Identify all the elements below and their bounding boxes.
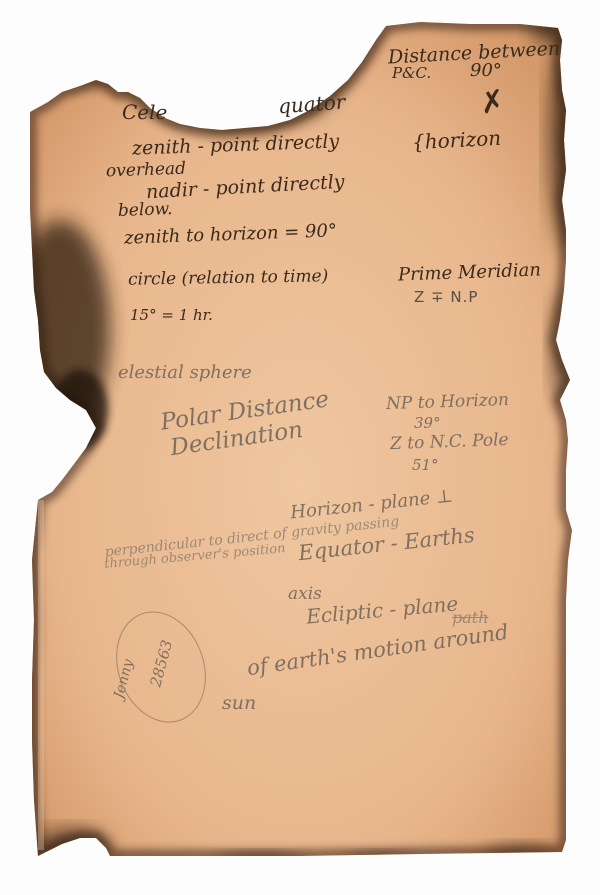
note-90-degrees-top: 90°: [470, 62, 502, 80]
note-overhead: overhead: [106, 161, 187, 181]
note-sun: sun: [222, 694, 256, 713]
heading-celestial-equator-left: Cele: [122, 102, 167, 122]
note-np-to-horizon: NP to Horizon: [386, 392, 509, 413]
note-celestial-sphere: elestial sphere: [118, 364, 252, 382]
stamp-z-np: Z ∓ N.P: [414, 288, 478, 306]
heading-celestial-equator-right: quator: [277, 92, 345, 117]
note-z-to-nc-pole: Z to N.C. Pole: [390, 432, 509, 453]
note-below: below.: [118, 201, 173, 220]
note-axis: axis: [288, 586, 322, 603]
note-p-and-c: P&C.: [392, 66, 431, 81]
note-z-value-51: 51°: [412, 458, 439, 473]
document-page: Distance between P&C. 90° ✗ Cele quator …: [0, 0, 600, 895]
note-prime-meridian: Prime Meridian: [398, 262, 542, 285]
note-horizon-bracket: {horizon: [412, 128, 502, 153]
crossed-mark-icon: ✗: [478, 86, 508, 120]
note-np-value-39: 39°: [414, 416, 441, 431]
note-15-degrees-per-hour: 15° = 1 hr.: [130, 308, 213, 323]
note-circle-relation-to-time: circle (relation to time): [128, 268, 329, 288]
